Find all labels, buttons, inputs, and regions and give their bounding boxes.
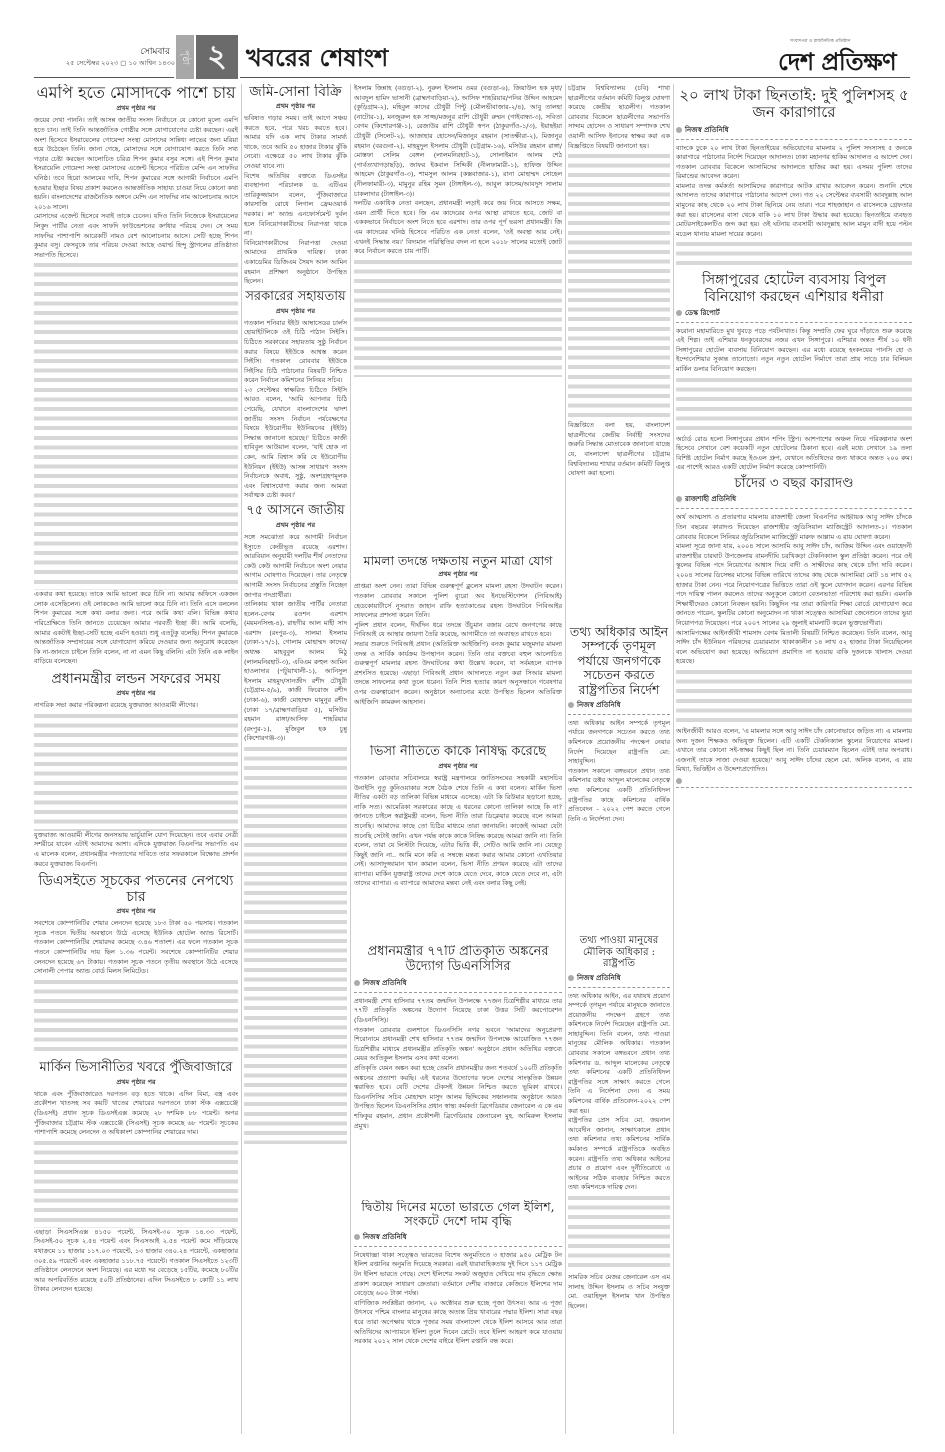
article-headline: তথ্য অধিকার আইন সম্পর্কে তৃণমূল পর্যায়ে… xyxy=(568,625,670,697)
article-headline: সরকারের সহায়তায় xyxy=(244,290,347,305)
article-headline: প্রধানমন্ত্রীর ৭৭টি প্রতিকৃতি অঙ্কনের উদ… xyxy=(354,945,562,975)
bullet-icon xyxy=(568,975,574,981)
bullet-icon xyxy=(354,1234,360,1240)
article-text-continued xyxy=(34,977,238,1057)
article-chand-3yrs xyxy=(676,778,912,788)
article-headline: ভিসা নীতিতে কাকে নিষিদ্ধ করেছে xyxy=(354,745,562,760)
article-kicker: প্রথম পৃষ্ঠার পর xyxy=(354,569,562,580)
article-kicker: প্রথম পৃষ্ঠার পর xyxy=(354,761,562,772)
dashed-divider xyxy=(676,508,912,509)
masthead-day: সোমবার xyxy=(130,44,170,59)
article-mp-mossad: এমপি হতে মোসাদকে পাশে চায় প্রথম পৃষ্ঠার… xyxy=(34,84,238,667)
dashed-divider xyxy=(568,987,670,988)
article-body: জয়ের দেখা পাননি। তাই আসন্ন জাতীয় সংসদ … xyxy=(34,116,238,667)
article-rti-awareness: তথ্য পাওয়া মানুষের মৌলিক অধিকার : রাষ্ট… xyxy=(568,935,670,1311)
article-body: থাকে এবং পুঁজিবাজারেও দরপতন বড় হতে থাকে… xyxy=(34,1090,238,1295)
region-hilsa: দ্বিতীয় দিনের মতো ভারতে গেল ইলিশ, সংকটে… xyxy=(354,1200,562,1434)
article-headline: মামলা তদন্তে দক্ষতায় নতুন মাত্রা যোগ xyxy=(354,554,562,568)
dashed-divider xyxy=(568,714,670,715)
article-kicker: প্রথম পৃষ্ঠার পর xyxy=(244,520,347,531)
bullet-icon xyxy=(676,496,682,502)
region-visa: ভিসা নীতিতে কাকে নিষিদ্ধ করেছে প্রথম পৃষ… xyxy=(354,745,562,945)
bullet-icon xyxy=(676,778,682,784)
article-text-continued xyxy=(676,667,912,727)
article-body: গতকাল রোববার সচিবালয়ে স্বরাষ্ট্র মন্ত্র… xyxy=(354,774,562,889)
article-body: তথ্য অধিকার আইন সম্পর্কে তৃণমূল পর্যায়ে… xyxy=(568,719,670,825)
article-body: ভবিষ্যত গড়ার সময়। তাই আগে সঞ্চয় করতে … xyxy=(244,114,347,287)
article-text-continued xyxy=(568,151,670,421)
article-body: ইসলাম জিন্নাহ (বগুড়া-২), নুরুল ইসলাম ওম… xyxy=(354,84,562,377)
article-robbery-20-lakh: সিঙ্গাপুরের হোটেল ব্যবসায় বিপুল বিনিয়ো… xyxy=(676,272,912,473)
bullet-icon xyxy=(676,310,682,316)
article-kicker: প্রথম পৃষ্ঠার পর xyxy=(34,103,238,114)
region-portraits: প্রধানমন্ত্রীর ৭৭টি প্রতিকৃতি অঙ্কনের উদ… xyxy=(354,945,562,1200)
article-body: নাগরিক সভা করার পরিকল্পনা রয়েছে যুক্তরা… xyxy=(34,701,238,869)
article-text-continued xyxy=(354,257,562,377)
column-divider xyxy=(350,84,351,1434)
region-rti-awareness: তথ্য পাওয়া মানুষের মৌলিক অধিকার : রাষ্ট… xyxy=(568,935,670,1434)
article-kicker: প্রথম পৃষ্ঠার পর xyxy=(34,688,238,699)
article-headline: প্রধানমন্ত্রীর লন্ডন সফরের সময় xyxy=(34,671,238,687)
page-tag: পৃষ্ঠা xyxy=(176,35,194,79)
region-pbi: মামলা তদন্তে দক্ষতায় নতুন মাত্রা যোগ প্… xyxy=(354,554,562,744)
column-divider xyxy=(241,84,242,1434)
column-5: ২০ লাখ টাকা ছিনতাই: দুই পুলিশসহ ৫ জন কার… xyxy=(676,84,912,1434)
article-text-continued xyxy=(34,1138,238,1228)
article-headline: মার্কিন ভিসানীতির খবরে পুঁজিবাজারে xyxy=(34,1061,238,1076)
article-text-continued xyxy=(34,711,238,831)
dashed-divider xyxy=(676,139,912,140)
article-body: প্রাপ্তরা অংশ নেন। তারা বিভিন্ন গুরুত্বপ… xyxy=(354,582,562,707)
region-cu: তথ্য অধিকার আইন সম্পর্কে তৃণমূল পর্যায়ে… xyxy=(568,625,670,935)
bullet-icon xyxy=(676,127,682,133)
article-headline: জমি-সোনা বিক্রি xyxy=(244,84,347,100)
article-land-gold: জমি-সোনা বিক্রি প্রথম পৃষ্ঠার পর ভবিষ্যত… xyxy=(244,84,347,287)
article-headline: এমপি হতে মোসাদকে পাশে চায় xyxy=(34,84,238,102)
article-headline: ৭৫ আসনে জাতীয় xyxy=(244,504,347,519)
article-body: অর্থ আত্মসাৎ ও প্রতারণার মামলায় রাজশাহী… xyxy=(676,513,912,774)
article-hilsa-cont: চট্টগ্রাম বিশ্ববিদ্যালয় (চবি) শাখা ছাত্… xyxy=(568,84,670,479)
bullet-icon xyxy=(568,702,574,708)
masthead: সোমবার ২৫ সেপ্টেম্বর ২০২৩ ▢ ১০ আশ্বিন ১৪… xyxy=(0,0,945,82)
masthead-date: ২৫ সেপ্টেম্বর ২০২৩ ▢ ১০ আশ্বিন ১৪৩০ xyxy=(40,58,175,69)
article-cu-chhatra-league: তথ্য অধিকার আইন সম্পর্কে তৃণমূল পর্যায়ে… xyxy=(568,625,670,824)
column-3-top: ইসলাম জিন্নাহ (বগুড়া-২), নুরুল ইসলাম ওম… xyxy=(354,84,562,554)
article-kicker: প্রথম পৃষ্ঠার পর xyxy=(34,1077,238,1088)
column-1: এমপি হতে মোসাদকে পাশে চায় প্রথম পৃষ্ঠার… xyxy=(34,84,238,1434)
article-headline: ডিএসইতে সূচকের পতনের নেপথ্যে চার xyxy=(34,873,238,905)
article-byline: নিজস্ব প্রতিনিধি xyxy=(676,124,912,136)
article-body: সঙ্গে সমঝোতা করে আগামী নির্বাচন ইস্যুতে … xyxy=(244,533,347,1144)
article-pbi-case: মামলা তদন্তে দক্ষতায় নতুন মাত্রা যোগ প্… xyxy=(354,554,562,707)
article-text-continued xyxy=(34,260,238,590)
article-body: করোনা মহামারিতে মুখ থুবড়ে পড়ে পর্যটনখা… xyxy=(676,327,912,473)
article-govt-assist: সরকারের সহায়তায় প্রথম পৃষ্ঠার পর গতকাল… xyxy=(244,290,347,501)
article-text-continued xyxy=(676,239,912,269)
page-number: ২ xyxy=(196,35,238,79)
article-market-capital: মার্কিন ভিসানীতির খবরে পুঁজিবাজারে প্রথম… xyxy=(34,1061,238,1295)
newspaper-logo: দেশ প্রতিক্ষণ xyxy=(778,44,896,84)
article-byline: নিজস্ব প্রতিনিধি xyxy=(568,699,670,711)
article-body: ব্যাংকে ঢুকে ২০ লাখ টাকা ছিনতাইয়ের অভিয… xyxy=(676,144,912,270)
article-rti-fundamental-right: ২০ লাখ টাকা ছিনতাই: দুই পুলিশসহ ৫ জন কার… xyxy=(676,87,912,269)
article-body: নিষেধাজ্ঞা থাকা সত্ত্বেও ভারতের বিশেষ অন… xyxy=(354,1251,562,1347)
article-text-continued xyxy=(244,744,347,1144)
dashed-divider xyxy=(676,787,912,788)
column-divider xyxy=(673,84,674,1434)
article-jatiya-75: ৭৫ আসনে জাতীয় প্রথম পৃষ্ঠার পর সঙ্গে সম… xyxy=(244,504,347,1144)
dashed-divider xyxy=(354,1246,562,1247)
article-kicker: প্রথম পৃষ্ঠার পর xyxy=(244,101,347,112)
article-body: প্রধানমন্ত্রী শেখ হাসিনার ৭৭তম জন্মদিন উ… xyxy=(354,997,562,1131)
article-body: তথ্য অধিকার আইন, এর যথাযথ প্রয়োগ সম্পর্… xyxy=(568,992,670,1312)
section-title: খবরের শেষাংশ xyxy=(246,40,388,80)
bullet-icon xyxy=(354,980,360,986)
article-visa-policy: ভিসা নীতিতে কাকে নিষিদ্ধ করেছে প্রথম পৃষ… xyxy=(354,745,562,889)
article-pm-london: প্রধানমন্ত্রীর লন্ডন সফরের সময় প্রথম পৃ… xyxy=(34,671,238,869)
column-divider xyxy=(565,84,566,554)
article-kicker: প্রথম পৃষ্ঠার পর xyxy=(34,906,238,917)
article-headline: দ্বিতীয় দিনের মতো ভারতে গেল ইলিশ, সংকটে… xyxy=(354,1200,562,1229)
article-text-continued xyxy=(568,1193,670,1273)
article-headline: চাঁদের ৩ বছর কারাদণ্ড xyxy=(676,476,912,492)
masthead-rule-left xyxy=(34,77,174,78)
article-byline: ডেস্ক রিপোর্ট xyxy=(676,307,912,319)
column-divider xyxy=(565,554,566,1434)
article-headline: সিঙ্গাপুরের হোটেল ব্যবসায় বিপুল বিনিয়ো… xyxy=(676,272,912,304)
article-byline: নিজস্ব প্রতিনিধি xyxy=(354,1231,562,1243)
column-2: জমি-সোনা বিক্রি প্রথম পৃষ্ঠার পর ভবিষ্যত… xyxy=(244,84,347,1434)
article-dse-index: ডিএসইতে সূচকের পতনের নেপথ্যে চার প্রথম প… xyxy=(34,873,238,1057)
article-byline: নিজস্ব প্রতিনিধি xyxy=(354,977,562,989)
article-body: গতকাল শনিবার ইইউ আম্বাসেডর চার্লস হোয়াই… xyxy=(244,319,347,501)
article-kicker: প্রথম পৃষ্ঠার পর xyxy=(244,306,347,317)
article-text-continued xyxy=(676,375,912,435)
article-byline: নিজস্ব প্রতিনিধি xyxy=(568,972,670,984)
article-body: চট্টগ্রাম বিশ্ববিদ্যালয় (চবি) শাখা ছাত্… xyxy=(568,84,670,479)
article-body: সবশেষে কোম্পানিটির শেয়ার লেনদেন হয়েছে … xyxy=(34,919,238,1057)
article-byline: রাজশাহী প্রতিনিধি xyxy=(676,493,912,505)
article-pm-portraits: প্রধানমন্ত্রীর ৭৭টি প্রতিকৃতি অঙ্কনের উদ… xyxy=(354,945,562,1131)
article-headline: ২০ লাখ টাকা ছিনতাই: দুই পুলিশসহ ৫ জন কার… xyxy=(676,87,912,122)
article-singapore-hotels: চাঁদের ৩ বছর কারাদণ্ড রাজশাহী প্রতিনিধি … xyxy=(676,476,912,775)
article-jatiya-list-cont: ইসলাম জিন্নাহ (বগুড়া-২), নুরুল ইসলাম ওম… xyxy=(354,84,562,377)
article-hilsa-india: দ্বিতীয় দিনের মতো ভারতে গেল ইলিশ, সংকটে… xyxy=(354,1200,562,1347)
article-byline xyxy=(676,778,912,784)
dashed-divider xyxy=(676,322,912,323)
dashed-divider xyxy=(354,992,562,993)
article-headline: তথ্য পাওয়া মানুষের মৌলিক অধিকার : রাষ্ট… xyxy=(568,935,670,970)
